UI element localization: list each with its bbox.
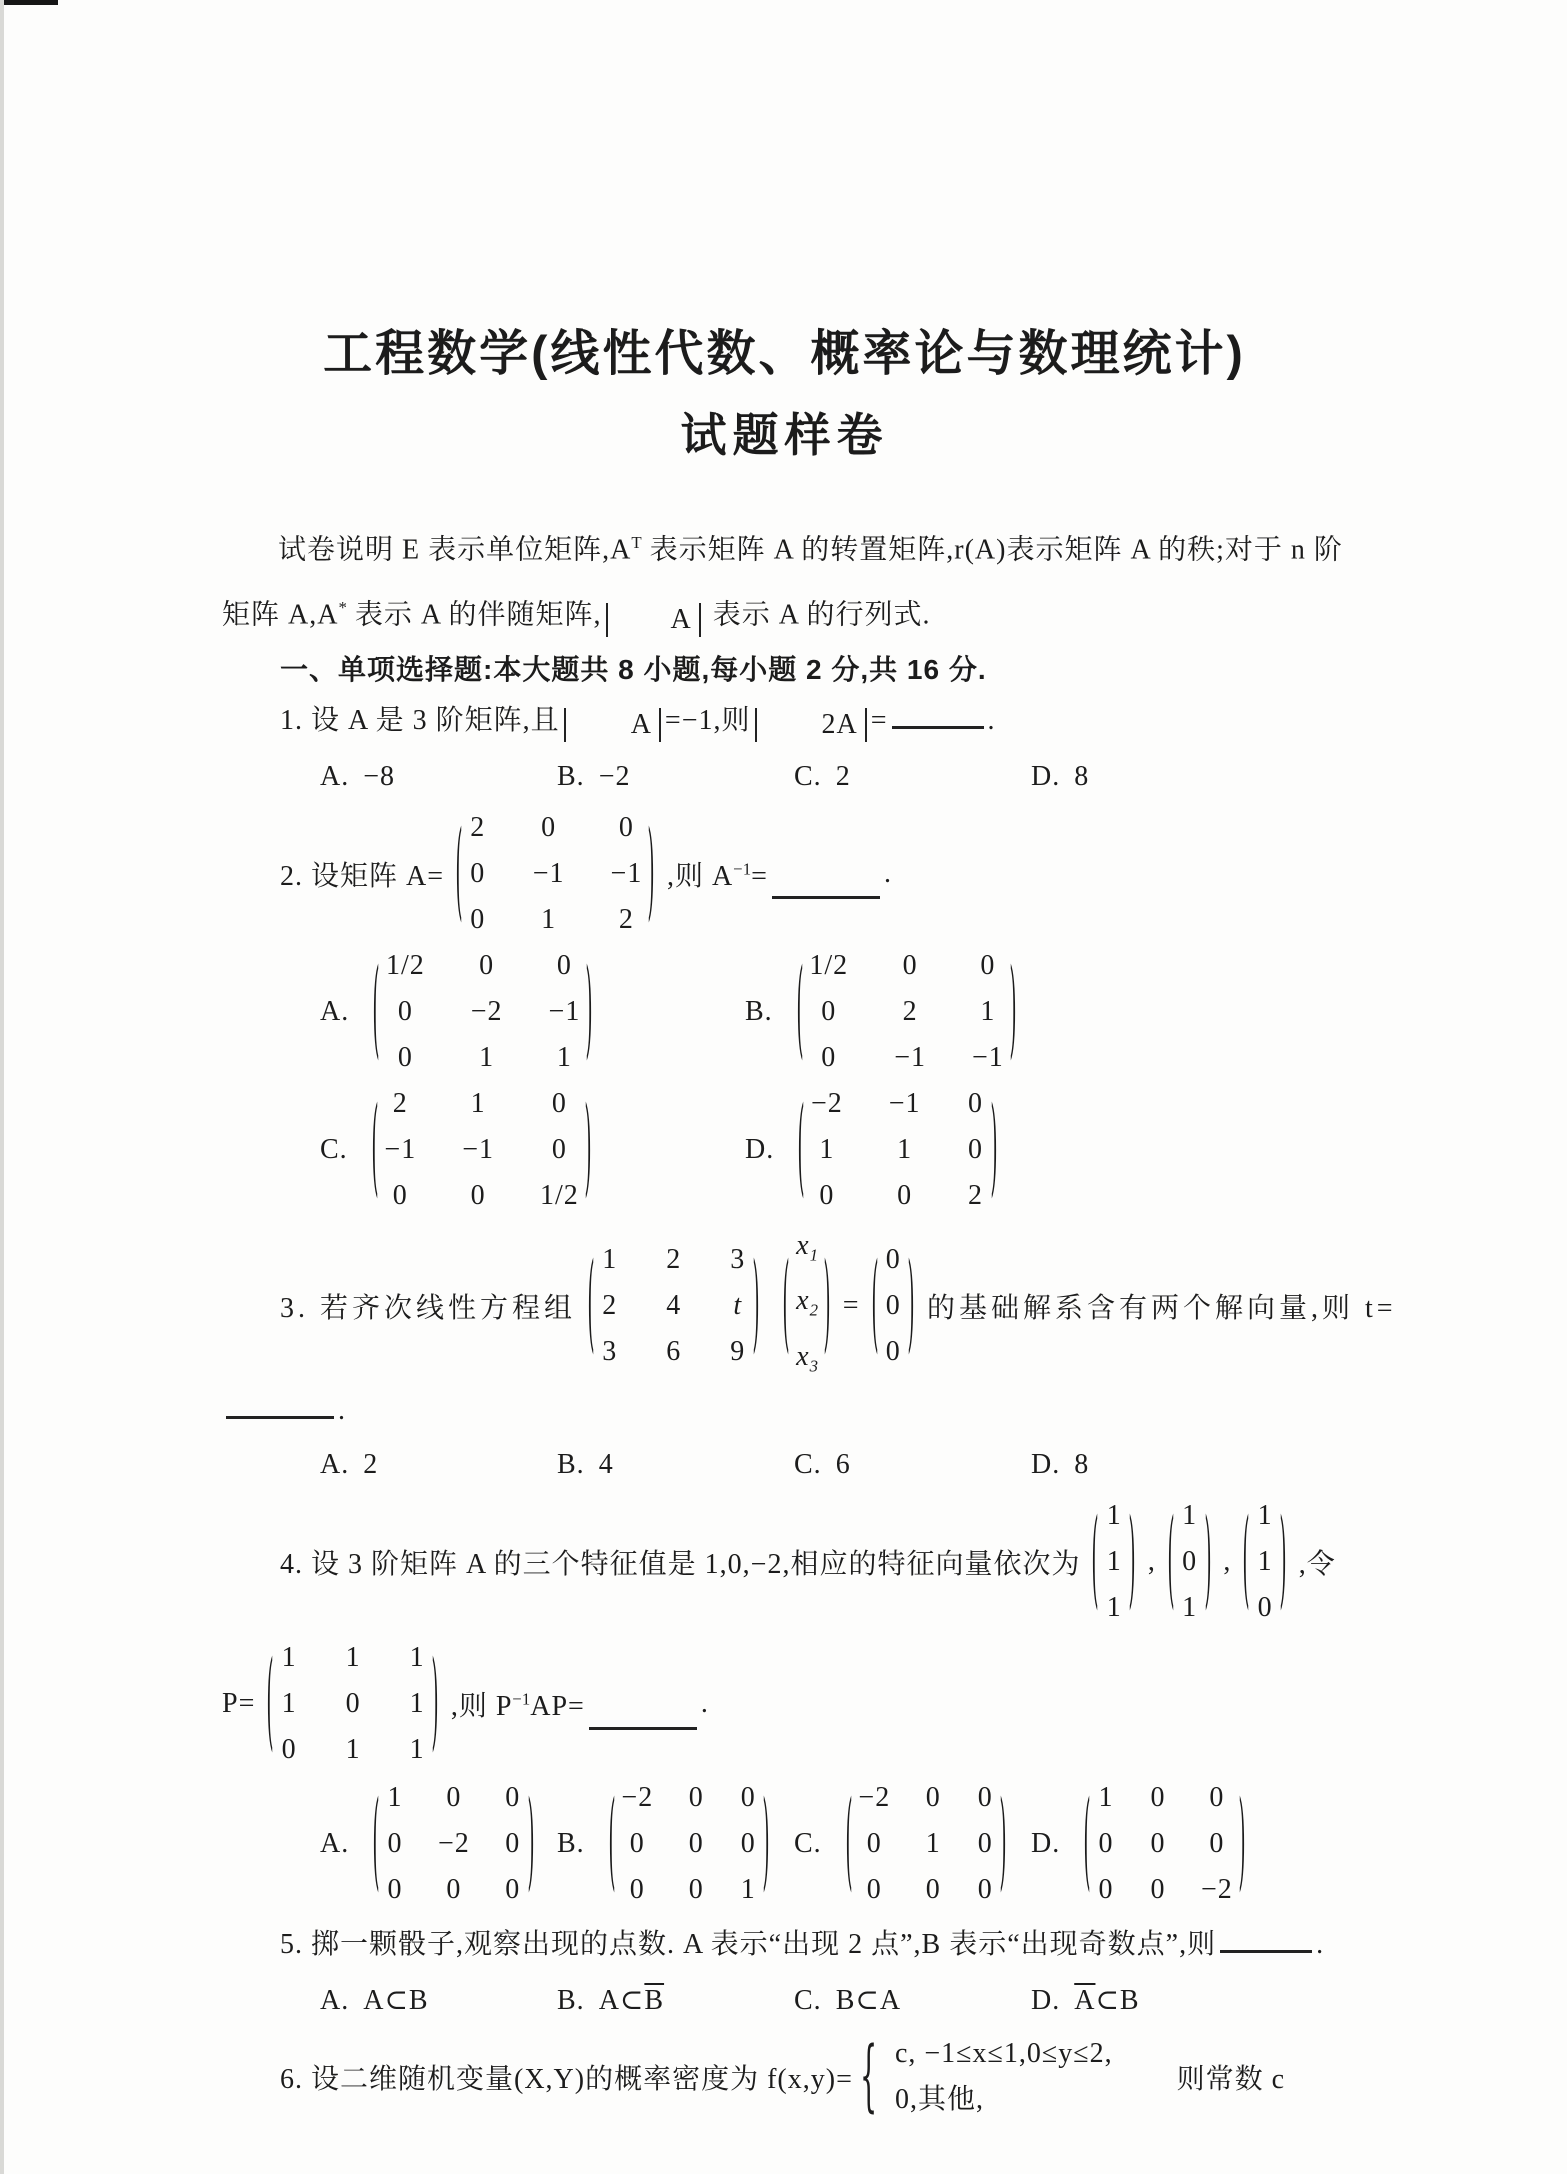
q4-text: ,令 — [1299, 1542, 1336, 1582]
period: . — [701, 1688, 709, 1720]
matrix-cell: −1 — [611, 853, 643, 895]
q1-text: 1. 设 A 是 3 阶矩阵,且 — [280, 705, 560, 736]
q2-text: ,则 A−1= — [667, 854, 768, 894]
paren-close: ) — [824, 1235, 832, 1377]
q5-option-b: B.A⊂B — [557, 1979, 794, 2023]
q1-option-d: D.8 — [1031, 755, 1467, 799]
matrix-cell: −1 — [894, 1037, 926, 1079]
question-4-options: A.(1000−20000) B.(−200000001) C.(−200010… — [320, 1777, 1467, 1911]
matrix-grid: x1x2x3 — [796, 1225, 818, 1388]
option-label: B. — [557, 1449, 585, 1480]
matrix-cell: 1/2 — [809, 945, 848, 987]
paren-close: ) — [908, 1235, 916, 1377]
matrix-cell: 2 — [894, 991, 926, 1033]
matrix-cell: 0 — [469, 853, 487, 895]
transpose-superscript: T — [631, 533, 641, 552]
inverse-superscript: −1 — [512, 1690, 530, 1709]
matrix-cell: 1 — [924, 1823, 942, 1865]
question-1-stem: 1. 设 A 是 3 阶矩阵,且A=−1,则2A=. — [222, 699, 1467, 743]
paren-close: ) — [752, 1235, 760, 1377]
q3-text: 的基础解系含有两个解向量,则 t= — [927, 1286, 1397, 1326]
q2-option-c: C.(210−1−10001/2) — [320, 1083, 745, 1217]
q4-option-c: C.(−200010000) — [794, 1777, 1031, 1911]
question-4-p-definition: P= (111101011) ,则 P−1AP= . — [222, 1637, 1467, 1771]
determinant-bars: A — [606, 603, 701, 637]
q6-text: 则常数 c — [1177, 2057, 1285, 2097]
matrix-cell: 1 — [1256, 1495, 1274, 1537]
option-value: ⊂B — [1095, 1985, 1139, 2016]
matrix-cell: 0 — [540, 1083, 579, 1125]
matrix-cell: −2 — [621, 1777, 653, 1819]
paren-close: ) — [1129, 1492, 1137, 1634]
matrix-cell: 0 — [924, 1777, 942, 1819]
period: . — [338, 1395, 346, 1426]
matrix-cell: 0 — [504, 1777, 522, 1819]
matrix-cell: 0 — [344, 1683, 362, 1725]
paren-open: ( — [456, 803, 464, 945]
paren-close: ) — [586, 941, 594, 1083]
paren-open: ( — [588, 1235, 596, 1377]
determinant-bars: 2A — [755, 708, 867, 742]
q3-coefficient-matrix: (12324t369) — [582, 1239, 765, 1373]
matrix-cell: −1 — [384, 1129, 416, 1171]
matrix-grid: 1/2000−2−1011 — [386, 945, 580, 1079]
matrix-cell: −1 — [549, 991, 581, 1033]
question-1-options: A.−8 B.−2 C.2 D.8 — [320, 755, 1467, 799]
matrix-cell: 1/2 — [386, 945, 425, 987]
option-label: B. — [557, 761, 585, 792]
paren-open: ( — [796, 941, 804, 1083]
option-matrix: (−200010000) — [840, 1777, 1013, 1911]
q1-text: =−1,则 — [665, 705, 751, 736]
q4-eigenvector-1: (111) — [1086, 1495, 1141, 1629]
matrix-cell: 1 — [280, 1683, 298, 1725]
q4-p-equals: P= — [222, 1688, 255, 1720]
option-value: 8 — [1074, 1449, 1089, 1480]
scan-artifact-mark — [0, 0, 58, 5]
matrix-cell: 1 — [739, 1869, 757, 1911]
q3-option-a: A.2 — [320, 1443, 557, 1487]
case-2: 0,其他, — [895, 2077, 1113, 2123]
paren-open: ( — [783, 1235, 791, 1377]
q2-matrix-a: (2000−1−1012) — [450, 807, 661, 941]
matrix-cell: 1 — [408, 1729, 426, 1771]
instructions-text: 试卷说明 E 表示单位矩阵,A — [278, 534, 631, 565]
matrix-cell: 3 — [601, 1331, 619, 1373]
paren-open: ( — [373, 1774, 381, 1916]
instructions-text: 表示 A 的行列式. — [705, 600, 931, 631]
q3-text: 3. 若齐次线性方程组 — [280, 1286, 576, 1326]
q2-text: = — [751, 861, 768, 892]
matrix-cell: 1 — [1105, 1495, 1123, 1537]
q2-option-b: B.(1/2000210−1−1) — [745, 945, 1467, 1079]
adjugate-superscript: * — [338, 598, 346, 617]
matrix-cell: 1 — [344, 1637, 362, 1679]
q1-option-a: A.−8 — [320, 755, 557, 799]
paren-close: ) — [990, 1079, 998, 1221]
option-label: C. — [794, 761, 822, 792]
matrix-cell: 0 — [1097, 1869, 1115, 1911]
matrix-cell: 0 — [504, 1869, 522, 1911]
matrix-cell: 0 — [976, 1777, 994, 1819]
q4-option-d: D.(10000000−2) — [1031, 1777, 1467, 1911]
matrix-cell: 4 — [665, 1285, 683, 1327]
q4-p-matrix: (111101011) — [261, 1637, 444, 1771]
option-label: C. — [794, 1985, 822, 2016]
matrix-grid: 210−1−10001/2 — [384, 1083, 578, 1217]
matrix-cell: 0 — [621, 1869, 653, 1911]
paren-open: ( — [608, 1774, 616, 1916]
matrix-cell: 2 — [611, 899, 643, 941]
matrix-cell: 0 — [972, 945, 1004, 987]
matrix-cell: 1 — [1097, 1777, 1115, 1819]
matrix-cell: 1 — [1181, 1495, 1199, 1537]
matrix-cell: 0 — [967, 1083, 985, 1125]
matrix-cell: −2 — [1201, 1869, 1233, 1911]
matrix-cell: 0 — [438, 1777, 470, 1819]
matrix-cell: 0 — [976, 1869, 994, 1911]
option-label: A. — [320, 761, 349, 792]
paren-open: ( — [267, 1634, 275, 1776]
matrix-grid: 1/2000210−1−1 — [809, 945, 1003, 1079]
matrix-cell: 1 — [471, 1037, 503, 1079]
q1-option-b: B.−2 — [557, 755, 794, 799]
piecewise-function: { c, −1≤x≤1,0≤y≤2, 0,其他, — [859, 2031, 1113, 2123]
q3-option-c: C.6 — [794, 1443, 1031, 1487]
matrix-grid: 12324t369 — [601, 1239, 747, 1373]
matrix-cell: 1 — [811, 1129, 843, 1171]
q3-option-d: D.8 — [1031, 1443, 1467, 1487]
q2-option-a: A.(1/2000−2−1011) — [320, 945, 745, 1079]
paren-close: ) — [1238, 1774, 1246, 1916]
matrix-grid: 110 — [1256, 1495, 1274, 1629]
answer-blank — [892, 702, 984, 729]
matrix-cell: 9 — [729, 1331, 747, 1373]
period: . — [1316, 1929, 1324, 1960]
paren-open: ( — [1092, 1492, 1100, 1634]
matrix-cell: 3 — [729, 1239, 747, 1281]
matrix-cell: 0 — [438, 1869, 470, 1911]
matrix-cell: 0 — [386, 1869, 404, 1911]
q4-text: AP= — [530, 1691, 585, 1722]
paren-close: ) — [527, 1774, 535, 1916]
matrix-grid: −2−10110002 — [811, 1083, 985, 1217]
matrix-cell: 0 — [384, 1175, 416, 1217]
scan-edge-shadow — [0, 0, 4, 2174]
matrix-cell: 1 — [1256, 1541, 1274, 1583]
q5-text: 5. 掷一颗骰子,观察出现的点数. A 表示“出现 2 点”,B 表示“出现奇数… — [280, 1929, 1216, 1960]
exam-subtitle: 试题样卷 — [102, 408, 1467, 462]
option-matrix: (210−1−10001/2) — [366, 1083, 598, 1217]
page-content: 工程数学(线性代数、概率论与数理统计) 试题样卷 试卷说明 E 表示单位矩阵,A… — [0, 0, 1567, 2123]
matrix-cell: 0 — [858, 1823, 890, 1865]
answer-blank — [772, 872, 880, 899]
paren-close: ) — [432, 1634, 440, 1776]
q3-zero-vector: (000) — [866, 1239, 921, 1373]
exam-paper-page: 工程数学(线性代数、概率论与数理统计) 试题样卷 试卷说明 E 表示单位矩阵,A… — [0, 0, 1567, 2174]
q4-text: 4. 设 3 阶矩阵 A 的三个特征值是 1,0,−2,相应的特征向量依次为 — [280, 1542, 1080, 1582]
q5-option-c: C.B⊂A — [794, 1979, 1031, 2023]
q4-eigenvector-2: (101) — [1162, 1495, 1217, 1629]
question-4-stem: 4. 设 3 阶矩阵 A 的三个特征值是 1,0,−2,相应的特征向量依次为 (… — [222, 1495, 1467, 1629]
matrix-cell: −2 — [471, 991, 503, 1033]
option-label: B. — [557, 1828, 585, 1860]
paren-close: ) — [584, 1079, 592, 1221]
matrix-cell: 0 — [894, 945, 926, 987]
matrix-grid: −200010000 — [858, 1777, 994, 1911]
question-2-options-row-2: C.(210−1−10001/2) D.(−2−10110002) — [320, 1083, 1467, 1217]
matrix-cell: 0 — [386, 1037, 425, 1079]
question-2-stem: 2. 设矩阵 A= (2000−1−1012) ,则 A−1= . — [222, 807, 1467, 941]
matrix-cell: 0 — [924, 1869, 942, 1911]
paren-open: ( — [373, 941, 381, 1083]
option-matrix: (−2−10110002) — [792, 1083, 1003, 1217]
matrix-cell: 0 — [976, 1823, 994, 1865]
matrix-cell: 0 — [462, 1175, 494, 1217]
matrix-cell: 0 — [549, 945, 581, 987]
q4-text: ,则 P−1AP= — [451, 1684, 585, 1724]
option-matrix: (10000000−2) — [1078, 1777, 1251, 1911]
option-value: A⊂B — [363, 1985, 428, 2016]
matrix-cell: 2 — [601, 1285, 619, 1327]
option-label: A. — [320, 1449, 349, 1480]
question-2-options-row-1: A.(1/2000−2−1011) B.(1/2000210−1−1) — [320, 945, 1467, 1079]
case-1: c, −1≤x≤1,0≤y≤2, — [895, 2031, 1113, 2077]
matrix-cell: −2 — [811, 1083, 843, 1125]
matrix-cell: 2 — [384, 1083, 416, 1125]
matrix-cell: 1 — [1105, 1541, 1123, 1583]
matrix-cell: 1 — [972, 991, 1004, 1033]
option-value: A⊂ — [599, 1985, 645, 2016]
matrix-cell: 0 — [809, 991, 848, 1033]
matrix-cell: 0 — [858, 1869, 890, 1911]
matrix-cell: 0 — [967, 1129, 985, 1171]
paren-open: ( — [1084, 1774, 1092, 1916]
matrix-cell: 0 — [1201, 1823, 1233, 1865]
answer-blank — [226, 1393, 334, 1420]
q5-option-d: D.A⊂B — [1031, 1979, 1467, 2023]
matrix-cell: t — [729, 1285, 747, 1327]
matrix-cell: −2 — [438, 1823, 470, 1865]
paren-open: ( — [845, 1774, 853, 1916]
matrix-cell: 0 — [469, 899, 487, 941]
paren-close: ) — [1204, 1492, 1212, 1634]
matrix-cell: 0 — [1256, 1587, 1274, 1629]
paren-close: ) — [1280, 1492, 1288, 1634]
matrix-grid: −200000001 — [621, 1777, 757, 1911]
option-matrix: (1000−20000) — [367, 1777, 540, 1911]
matrix-cell: 0 — [884, 1285, 902, 1327]
q5-option-a: A.A⊂B — [320, 1979, 557, 2023]
matrix-grid: 111101011 — [280, 1637, 426, 1771]
matrix-cell: 0 — [280, 1729, 298, 1771]
option-label: A. — [320, 1985, 349, 2016]
matrix-cell: 2 — [665, 1239, 683, 1281]
exam-title: 工程数学(线性代数、概率论与数理统计) — [102, 326, 1467, 382]
matrix-cell: 1 — [344, 1729, 362, 1771]
matrix-grid: 1000−20000 — [386, 1777, 522, 1911]
matrix-cell: 1 — [1105, 1587, 1123, 1629]
q6-text: 6. 设二维随机变量(X,Y)的概率密度为 f(x,y)= — [280, 2057, 853, 2097]
matrix-cell: −1 — [972, 1037, 1004, 1079]
matrix-cell: 1 — [408, 1683, 426, 1725]
q2-text: ,则 A — [667, 861, 733, 892]
matrix-cell: 0 — [504, 1823, 522, 1865]
paren-open: ( — [798, 1079, 806, 1221]
matrix-cell: 1 — [1181, 1587, 1199, 1629]
answer-blank — [589, 1703, 697, 1730]
question-3-options: A.2 B.4 C.6 D.8 — [320, 1443, 1467, 1487]
inverse-superscript: −1 — [733, 859, 751, 878]
paren-open: ( — [1167, 1492, 1175, 1634]
q2-option-d: D.(−2−10110002) — [745, 1083, 1467, 1217]
question-5-stem: 5. 掷一颗骰子,观察出现的点数. A 表示“出现 2 点”,B 表示“出现奇数… — [222, 1923, 1467, 1967]
question-6-stem: 6. 设二维随机变量(X,Y)的概率密度为 f(x,y)= { c, −1≤x≤… — [222, 2031, 1467, 2123]
comma: , — [1148, 1546, 1156, 1578]
matrix-cell: 0 — [687, 1777, 705, 1819]
section-1-heading: 一、单项选择题:本大题共 8 小题,每小题 2 分,共 16 分. — [222, 647, 1467, 693]
q1-text: = — [871, 705, 888, 736]
matrix-cell: 1 — [280, 1637, 298, 1679]
option-matrix: (−200000001) — [603, 1777, 776, 1911]
matrix-cell: 0 — [884, 1239, 902, 1281]
matrix-cell: −1 — [533, 853, 565, 895]
paren-close: ) — [648, 803, 656, 945]
matrix-cell: 2 — [967, 1175, 985, 1217]
option-label: D. — [1031, 1985, 1060, 2016]
matrix-cell: x3 — [796, 1336, 818, 1388]
paren-close: ) — [1009, 941, 1017, 1083]
matrix-cell: 0 — [884, 1331, 902, 1373]
matrix-grid: 000 — [884, 1239, 902, 1373]
option-label: C. — [794, 1449, 822, 1480]
option-label: D. — [1031, 761, 1060, 792]
option-value: 6 — [836, 1449, 851, 1480]
matrix-cell: 0 — [687, 1823, 705, 1865]
option-matrix: (1/2000−2−1011) — [367, 945, 599, 1079]
matrix-cell: 0 — [1149, 1823, 1167, 1865]
curly-brace: { — [860, 2032, 878, 2123]
q4-option-a: A.(1000−20000) — [320, 1777, 557, 1911]
matrix-cell: 0 — [621, 1823, 653, 1865]
answer-blank — [1220, 1927, 1312, 1954]
option-value: −8 — [363, 761, 395, 792]
matrix-cell: −1 — [889, 1083, 921, 1125]
matrix-grid: 111 — [1105, 1495, 1123, 1629]
matrix-cell: 0 — [1181, 1541, 1199, 1583]
matrix-cell: 0 — [386, 1823, 404, 1865]
q1-option-c: C.2 — [794, 755, 1031, 799]
matrix-cell: 0 — [739, 1777, 757, 1819]
matrix-cell: 2 — [469, 807, 487, 849]
option-label: C. — [794, 1828, 822, 1860]
matrix-cell: −2 — [858, 1777, 890, 1819]
matrix-cell: 0 — [739, 1823, 757, 1865]
question-5-options: A.A⊂B B.A⊂B C.B⊂A D.A⊂B — [320, 1979, 1467, 2023]
matrix-cell: 1 — [549, 1037, 581, 1079]
matrix-cell: 0 — [386, 991, 425, 1033]
instructions-text: 表示 A 的伴随矩阵, — [347, 600, 602, 631]
period: . — [884, 858, 892, 890]
option-label: D. — [745, 1134, 774, 1166]
matrix-grid: 101 — [1181, 1495, 1199, 1629]
q4-option-b: B.(−200000001) — [557, 1777, 794, 1911]
matrix-cell: 1 — [462, 1083, 494, 1125]
question-3-stem: 3. 若齐次线性方程组 (12324t369) (x1x2x3) = (000)… — [222, 1225, 1467, 1388]
matrix-cell: 1 — [408, 1637, 426, 1679]
option-value: −2 — [599, 761, 631, 792]
matrix-cell: 0 — [1149, 1869, 1167, 1911]
paren-close: ) — [1000, 1774, 1008, 1916]
matrix-cell: 1 — [889, 1129, 921, 1171]
option-matrix: (1/2000210−1−1) — [791, 945, 1023, 1079]
option-value: 4 — [599, 1449, 614, 1480]
matrix-cell: 0 — [889, 1175, 921, 1217]
option-label: A. — [320, 1828, 349, 1860]
matrix-cell: 0 — [1149, 1777, 1167, 1819]
question-3-answer-line: . — [222, 1391, 1467, 1431]
option-value: 2 — [836, 761, 851, 792]
determinant-bars: A — [564, 708, 661, 742]
matrix-grid: 2000−1−1012 — [469, 807, 643, 941]
option-label: B. — [745, 996, 773, 1028]
matrix-cell: 0 — [540, 1129, 579, 1171]
option-label: C. — [320, 1134, 348, 1166]
matrix-cell: 0 — [533, 807, 565, 849]
paren-open: ( — [871, 1235, 879, 1377]
matrix-cell: 0 — [1201, 1777, 1233, 1819]
matrix-cell: 1 — [601, 1239, 619, 1281]
matrix-cell: 0 — [1097, 1823, 1115, 1865]
option-label: D. — [1031, 1828, 1060, 1860]
matrix-cell: −1 — [462, 1129, 494, 1171]
paren-open: ( — [1243, 1492, 1251, 1634]
comma: , — [1223, 1546, 1231, 1578]
matrix-cell: 1 — [386, 1777, 404, 1819]
matrix-cell: 0 — [611, 807, 643, 849]
matrix-grid: 10000000−2 — [1097, 1777, 1233, 1911]
matrix-cell: 1 — [533, 899, 565, 941]
paren-open: ( — [371, 1079, 379, 1221]
option-value: 8 — [1074, 761, 1089, 792]
paren-close: ) — [763, 1774, 771, 1916]
matrix-cell: 0 — [811, 1175, 843, 1217]
matrix-cell: 0 — [809, 1037, 848, 1079]
q4-eigenvector-3: (110) — [1237, 1495, 1292, 1629]
matrix-cell: x2 — [796, 1280, 818, 1332]
q2-text: 2. 设矩阵 A= — [280, 854, 444, 894]
q3-option-b: B.4 — [557, 1443, 794, 1487]
matrix-cell: 6 — [665, 1331, 683, 1373]
overlined-symbol: B — [644, 1985, 664, 2016]
q3-x-vector: (x1x2x3) — [777, 1225, 836, 1388]
q4-text: ,则 P — [451, 1691, 513, 1722]
overlined-symbol: A — [1074, 1985, 1095, 2016]
option-value: 2 — [363, 1449, 378, 1480]
option-label: A. — [320, 996, 349, 1028]
option-label: D. — [1031, 1449, 1060, 1480]
matrix-cell: 0 — [687, 1869, 705, 1911]
equals-sign: = — [843, 1290, 860, 1322]
option-value: B⊂A — [836, 1985, 901, 2016]
exam-instructions: 试卷说明 E 表示单位矩阵,AT 表示矩阵 A 的转置矩阵,r(A)表示矩阵 A… — [222, 514, 1347, 645]
period: . — [988, 705, 996, 736]
matrix-cell: 1/2 — [540, 1175, 579, 1217]
matrix-cell: x1 — [796, 1225, 818, 1277]
matrix-cell: 0 — [471, 945, 503, 987]
option-label: B. — [557, 1985, 585, 2016]
piecewise-cases: c, −1≤x≤1,0≤y≤2, 0,其他, — [895, 2031, 1113, 2123]
